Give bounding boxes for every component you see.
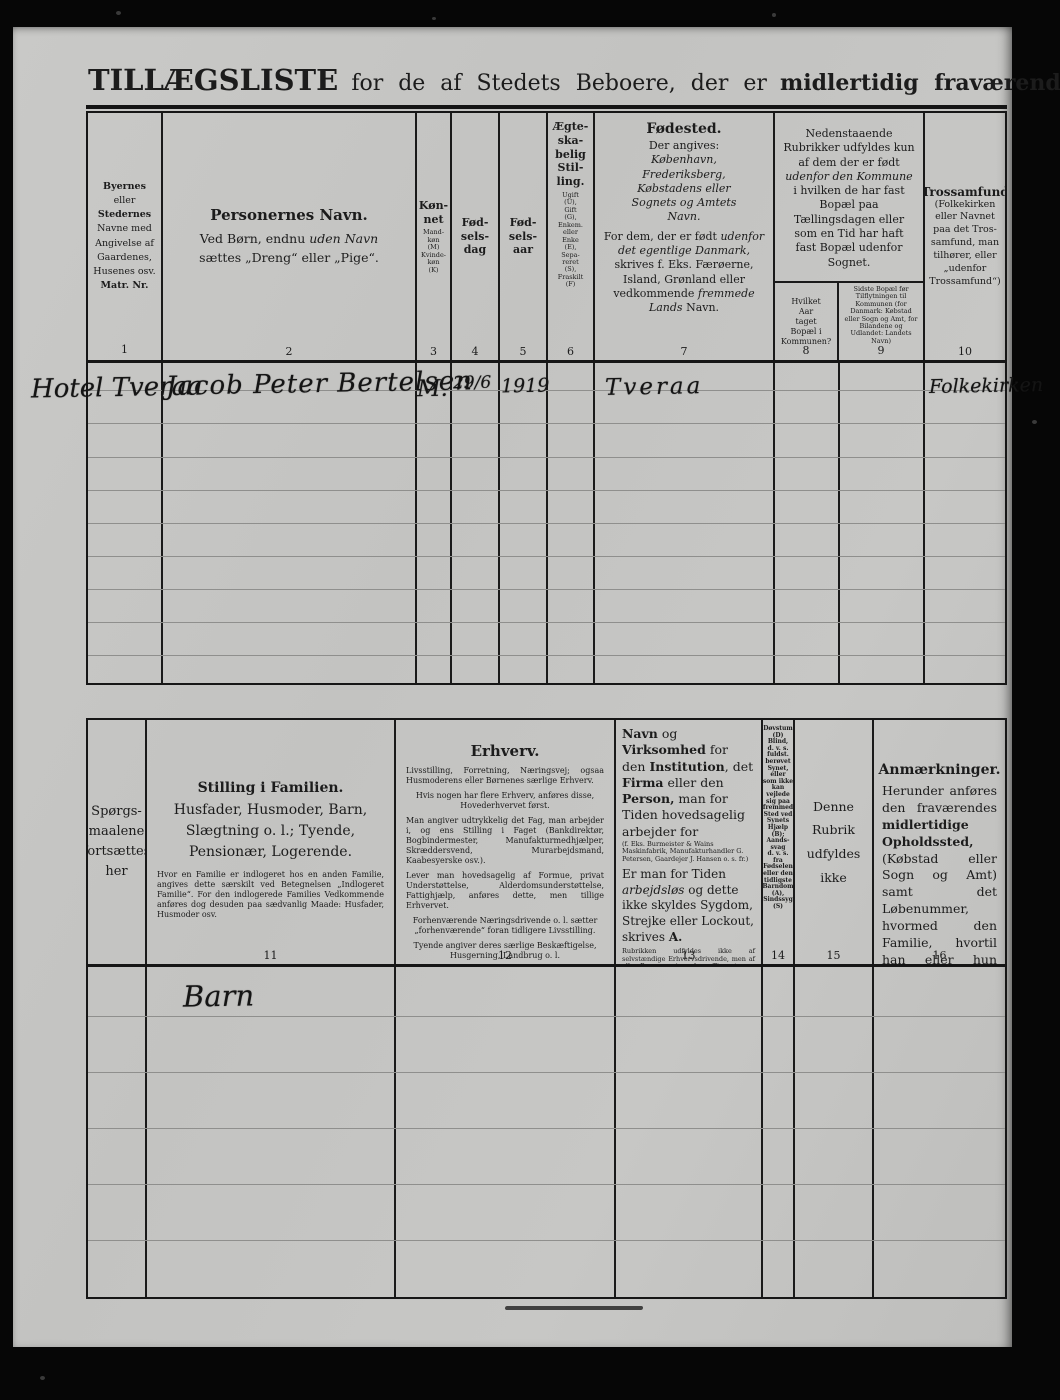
col-birthplace-p1: Der angives: (649, 139, 719, 153)
col-number: 15 (795, 949, 872, 962)
grid-line (88, 1184, 1005, 1185)
col-number: 5 (500, 345, 546, 358)
printer-imprint (505, 1306, 644, 1310)
col-number: 10 (925, 345, 1005, 358)
col-place-header: Byernes eller Stedernes Navne med Angive… (88, 113, 163, 360)
text-run-bold: midlertidige Opholdssted, (882, 817, 973, 849)
col-place-line: Byernes (103, 180, 146, 194)
title-tail: midlertidig fraværende. (780, 70, 1060, 96)
upper-table-header: Byernes eller Stedernes Navne med Angive… (88, 113, 1005, 363)
title-mid: for de af Stedets Beboere, der er (351, 71, 767, 96)
col-place-line: Navne med Angivelse af Gaardenes, Husene… (93, 222, 155, 279)
text-run-bold: Institution (649, 759, 724, 774)
col-employer-examples: (f. Eks. Burmeister & Wains Maskinfabrik… (622, 841, 755, 863)
grid-line (88, 1240, 1005, 1241)
handwritten-sex: M. (417, 376, 448, 403)
scan-speck (116, 11, 121, 15)
col-place-line: Stedernes (98, 208, 151, 222)
col-occupation-title: Erhverv. (471, 742, 540, 760)
lower-table-header: Spørgs- maalene fortsættes her Stilling … (88, 720, 1005, 967)
col-remarks-title: Anmærkninger. (879, 762, 1001, 778)
col-residence-note: Nedenstaaende Rubrikker udfyldes kun af … (775, 113, 923, 283)
upper-table-body (88, 363, 1005, 683)
col-number: 4 (452, 345, 498, 358)
col-disability-text: Døvstum (D) Blind, d. v. s. fuldst. berø… (763, 726, 794, 911)
questions-continue-text: Spørgs- maalene fortsættes her (88, 802, 147, 883)
page-title: TILLÆGSLISTE for de af Stedets Beboere, … (88, 63, 1007, 97)
col-family-position-fine: Hvor en Familie er indlogeret hos en and… (157, 870, 384, 920)
text-run-bold: Person, (622, 791, 674, 806)
text-run: , det (725, 759, 753, 774)
col-religion-sub: (Folkekirken eller Navnet paa det Tros- … (929, 199, 1000, 289)
col-number: 6 (548, 345, 593, 358)
text-run: og (658, 726, 678, 741)
col-birthday-header: Fød- sels- dag 4 (452, 113, 500, 360)
col-not-filled-text: Denne Rubrik udfyldes ikke (807, 795, 861, 890)
col-number: 2 (163, 345, 415, 358)
col-place-line: eller (114, 194, 136, 208)
col-sex-codes: Mand- køn (M) Kvinde- køn (K) (421, 229, 446, 274)
col-birthyear-header: Fød- sels- aar 5 (500, 113, 548, 360)
col-name-title: Personernes Navn. (210, 206, 368, 224)
col-last-residence-header: Sidste Bopæl før Tilflytningen til Kommu… (839, 283, 923, 360)
col-marital-title: Ægte- ska- belig Stil- ling. (553, 120, 589, 189)
text-run: (Købstad eller Sogn og Amt) samt det Løb… (882, 851, 997, 965)
questions-continue-label: Spørgs- maalene fortsættes her (88, 720, 147, 964)
grid-line (88, 622, 1005, 623)
col-disability-header: Døvstum (D) Blind, d. v. s. fuldst. berø… (763, 720, 795, 964)
col-birthplace-examples: København, Frederiksberg, Købstadens ell… (632, 153, 737, 224)
col-year-moved-title: Hvilket Aar taget Bopæl i Kommunen? (781, 297, 831, 347)
text-run-bold: Firma (622, 775, 664, 790)
text-run: Navn. (683, 301, 719, 314)
col-number: 16 (874, 949, 1005, 962)
col-last-residence-title: Sidste Bopæl før Tilflytningen til Kommu… (843, 286, 919, 346)
col-family-position-main: Husfader, Husmoder, Barn, Slægtning o. l… (159, 800, 382, 863)
text-run: For dem, der er født (604, 230, 721, 243)
text-run: Herunder anføres den fraværendes (882, 783, 997, 815)
handwritten-religion: Folkekirken (929, 374, 1043, 398)
col-number: 9 (839, 345, 923, 358)
text-run-bold: A. (669, 930, 683, 944)
col-number: 14 (763, 949, 793, 962)
col-remarks-header: Anmærkninger. Herunder anføres den fravæ… (874, 720, 1005, 964)
col-residence-subrow: Hvilket Aar taget Bopæl i Kommunen? 8 Si… (775, 283, 923, 360)
col-name-sub: Ved Børn, endnu uden Navn sættes „Dreng“… (177, 230, 401, 266)
col-religion-title: Trossamfund (925, 185, 1005, 199)
col-occupation-header: Erhverv. Livsstilling, Forretning, Nærin… (396, 720, 616, 964)
text-run-bold: Navn (622, 726, 658, 741)
col-number: 13 (616, 949, 761, 962)
text-run-bold: Virksomhed (622, 742, 706, 757)
col-employer-p2: Er man for Tiden arbejdsløs og dette ikk… (622, 867, 755, 945)
text-run: Ved Børn, endnu (200, 231, 309, 246)
handwritten-birthplace: Tveraa (605, 373, 704, 401)
text-run-italic: arbejdsløs (622, 883, 684, 897)
col-occupation-p1: Livsstilling, Forretning, Næringsvej; og… (406, 766, 604, 786)
text-run-italic: udenfor den Kommune (785, 170, 912, 183)
col-number: 11 (147, 949, 394, 962)
col-employer-header: Navn og Virksomhed for den Institution, … (616, 720, 763, 964)
col-birthyear-title: Fød- sels- aar (509, 216, 537, 257)
grid-line (88, 490, 1005, 491)
title-main: TILLÆGSLISTE (88, 63, 338, 97)
grid-line (88, 556, 1005, 557)
grid-line (88, 423, 1005, 424)
text-run-italic: uden Navn (309, 231, 378, 246)
col-occupation-p5: Forhenværende Næringsdrivende o. l. sætt… (406, 916, 604, 936)
scanned-census-sheet: { "title": { "main": "TILLÆGSLISTE", "mi… (0, 0, 1060, 1400)
handwritten-birthyear: 1919 (501, 375, 550, 398)
census-form-page: TILLÆGSLISTE for de af Stedets Beboere, … (13, 27, 1012, 1347)
col-birthday-title: Fød- sels- dag (461, 216, 489, 257)
col-number: 1 (88, 342, 161, 359)
col-residence-group: Nedenstaaende Rubrikker udfyldes kun af … (775, 113, 925, 360)
col-place-line: Matr. Nr. (101, 279, 149, 293)
col-marital-header: Ægte- ska- belig Stil- ling. Ugift (U), … (548, 113, 595, 360)
grid-line (88, 655, 1005, 656)
col-occupation-p3: Man angiver udtrykkelig det Fag, man arb… (406, 816, 604, 866)
lower-table-body (88, 967, 1005, 1297)
col-occupation-p2: Hvis nogen har flere Erhverv, anføres di… (406, 791, 604, 811)
scan-speck (432, 17, 436, 20)
col-name-header: Personernes Navn. Ved Børn, endnu uden N… (163, 113, 417, 360)
grid-line (88, 1016, 1005, 1017)
text-run: Nedenstaaende Rubrikker udfyldes kun af … (783, 127, 914, 169)
scan-speck (40, 1376, 45, 1380)
col-employer-p1: Navn og Virksomhed for den Institution, … (622, 726, 755, 840)
col-number: 8 (775, 344, 837, 358)
col-religion-header: Trossamfund (Folkekirken eller Navnet pa… (925, 113, 1005, 360)
col-number: 7 (595, 345, 773, 358)
col-number: 12 (396, 949, 614, 962)
col-family-position-title: Stilling i Familien. (198, 780, 344, 796)
col-sex-title: Køn- net (419, 199, 448, 227)
col-birthplace-header: Fødested. Der angives: København, Freder… (595, 113, 775, 360)
grid-line (88, 1072, 1005, 1073)
col-family-position-header: Stilling i Familien. Husfader, Husmoder,… (147, 720, 396, 964)
text-run: sættes „Dreng“ eller „Pige“. (199, 250, 379, 265)
handwritten-family-position: Barn (183, 978, 255, 1013)
grid-line (88, 1128, 1005, 1129)
scan-speck (1032, 420, 1037, 424)
col-occupation-p4: Lever man hovedsagelig af Formue, privat… (406, 871, 604, 911)
handwritten-birthday: 29/6 (453, 373, 492, 394)
col-sex-header: Køn- net Mand- køn (M) Kvinde- køn (K) 3 (417, 113, 452, 360)
grid-line (88, 589, 1005, 590)
text-run: Er man for Tiden (622, 867, 726, 881)
text-run: eller den (664, 775, 724, 790)
col-birthplace-p2: For dem, der er født udenfor det egentli… (603, 230, 765, 316)
col-year-moved-header: Hvilket Aar taget Bopæl i Kommunen? 8 (775, 283, 839, 360)
title-rule (86, 105, 1007, 109)
scan-speck (772, 13, 776, 17)
col-number: 3 (417, 345, 450, 358)
text-run: i hvilken de har fast Bopæl paa Tællings… (793, 184, 904, 268)
col-marital-codes: Ugift (U), Gift (G), Enkem. eller Enke (… (558, 192, 584, 289)
col-remarks-body: Herunder anføres den fraværendes midlert… (882, 783, 997, 964)
grid-line (88, 457, 1005, 458)
col-birthplace-title: Fødested. (646, 121, 721, 137)
col-not-filled-header: Denne Rubrik udfyldes ikke 15 (795, 720, 874, 964)
grid-line (88, 523, 1005, 524)
